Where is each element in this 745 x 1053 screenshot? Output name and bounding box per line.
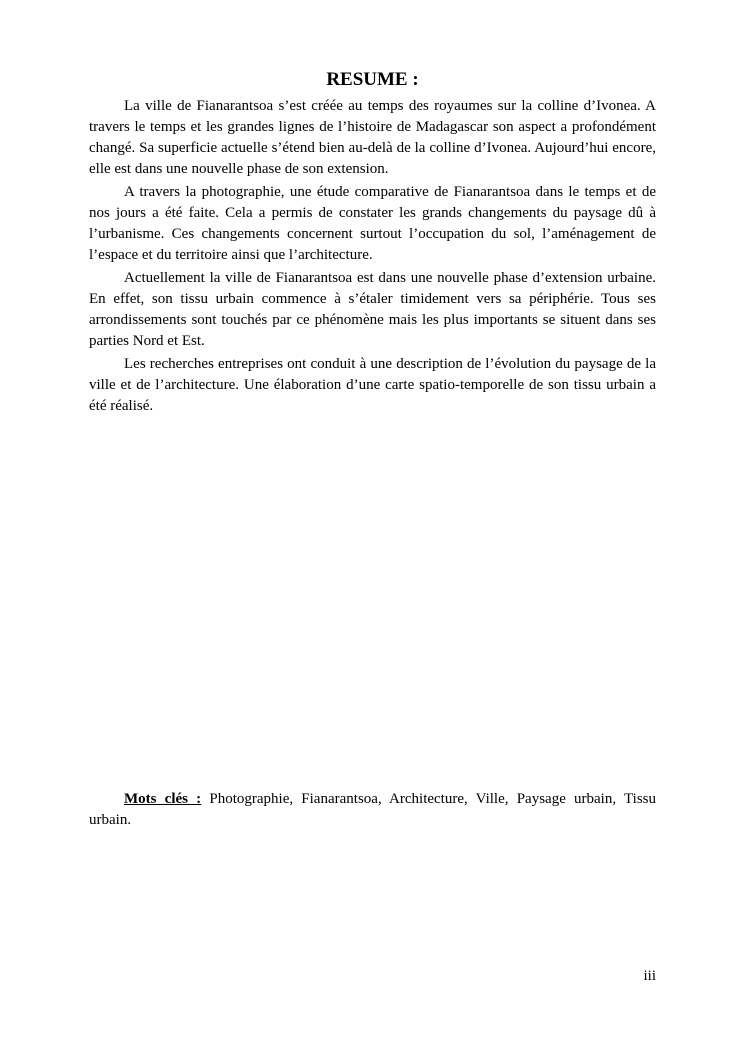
document-page: RESUME : La ville de Fianarantsoa s’est … <box>0 0 745 1053</box>
keywords-label: Mots clés : <box>124 791 201 807</box>
resume-heading: RESUME : <box>89 69 656 91</box>
abstract-paragraph-1: La ville de Fianarantsoa s’est créée au … <box>89 96 656 180</box>
abstract-paragraph-4: Les recherches entreprises ont conduit à… <box>89 354 656 417</box>
page-number: iii <box>89 966 656 987</box>
abstract-paragraph-2: A travers la photographie, une étude com… <box>89 182 656 266</box>
keywords-paragraph: Mots clés : Photographie, Fianarantsoa, … <box>89 789 656 831</box>
abstract-paragraph-3: Actuellement la ville de Fianarantsoa es… <box>89 268 656 352</box>
page-content: RESUME : La ville de Fianarantsoa s’est … <box>89 0 656 417</box>
